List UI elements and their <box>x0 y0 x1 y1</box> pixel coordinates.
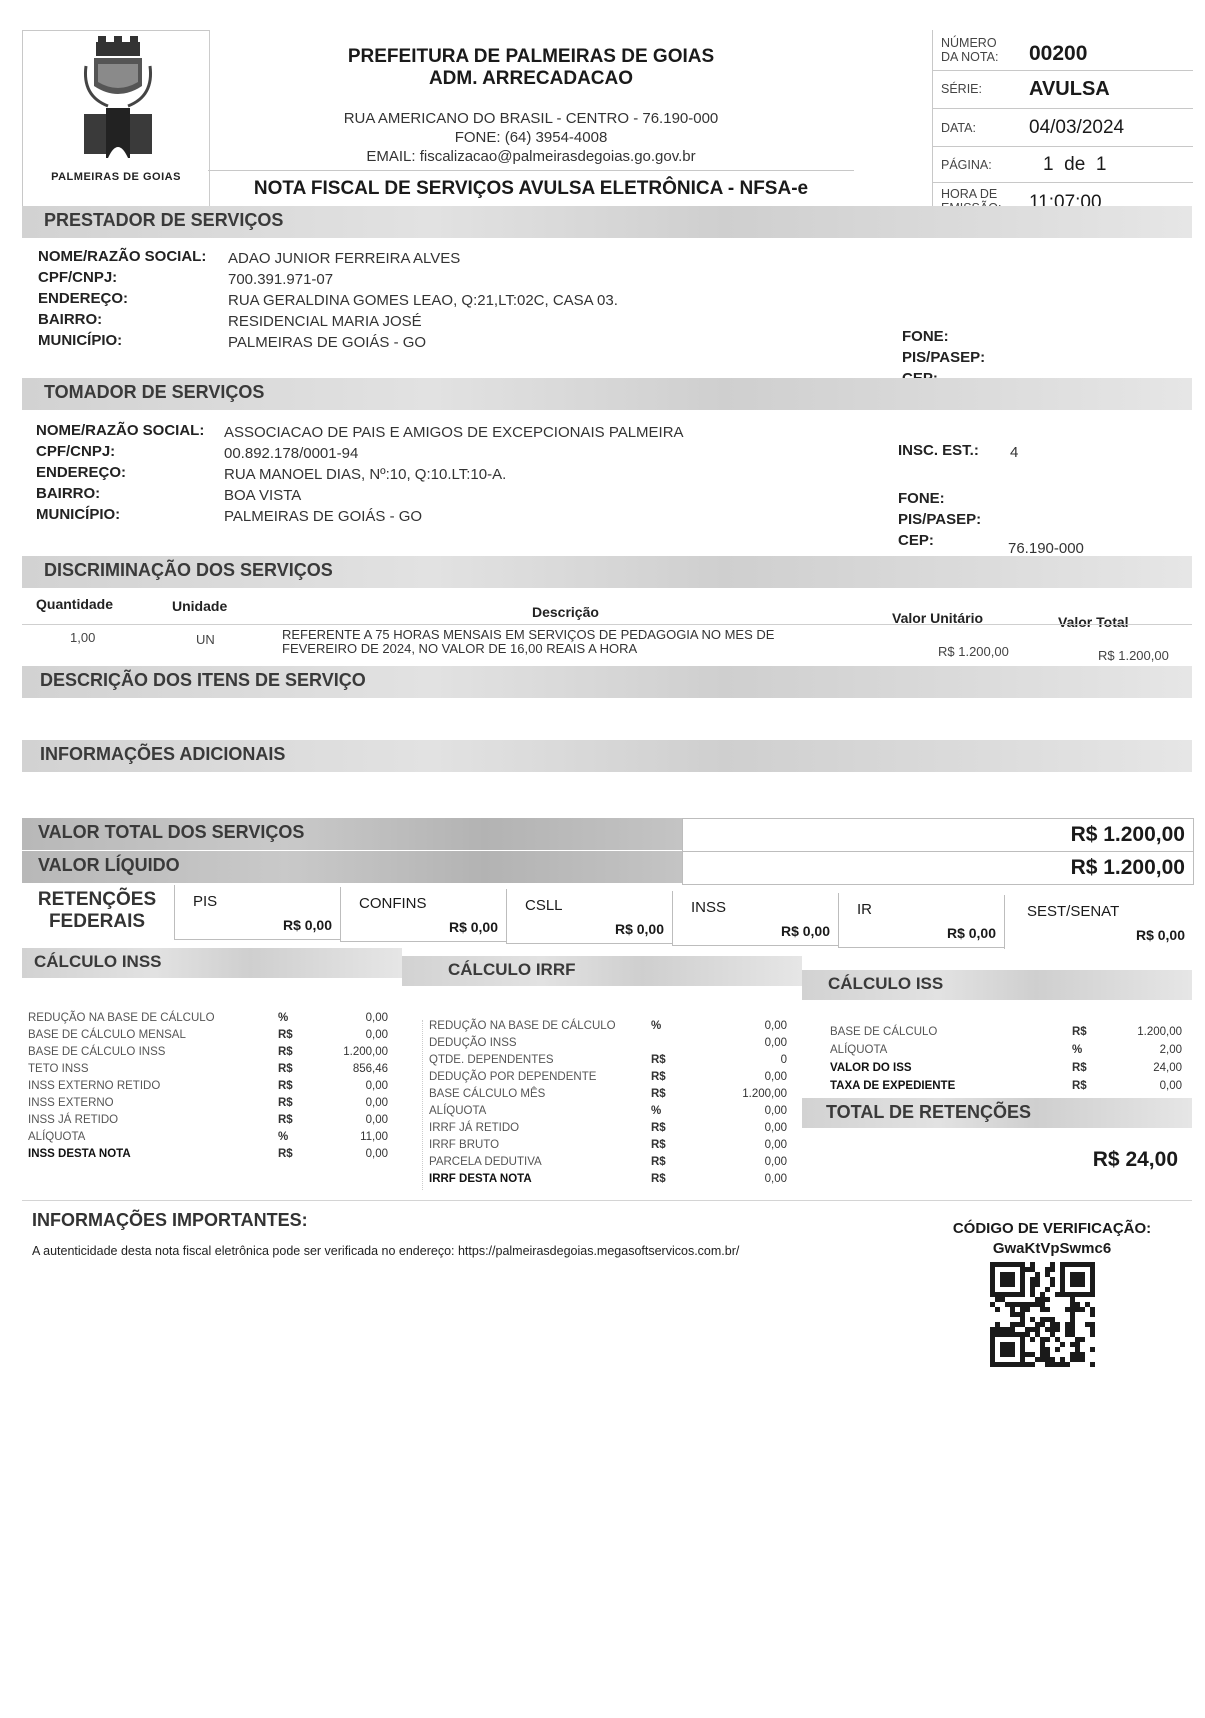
calculo-inss-header: CÁLCULO INSS <box>22 948 402 978</box>
tomador-insc: 4 <box>1010 444 1018 461</box>
servicos-title: DISCRIMINAÇÃO DOS SERVIÇOS <box>44 560 333 581</box>
irrf-row-value: 0,00 <box>765 1037 787 1049</box>
prestador-header: PRESTADOR DE SERVIÇOS <box>22 206 1192 238</box>
header-logo-box: PALMEIRAS DE GOIAS <box>22 30 210 207</box>
inss-row-unit: % <box>278 1012 288 1024</box>
servicos-table: Quantidade Unidade Descrição Valor Unitá… <box>22 590 1192 658</box>
irrf-row-label: ALÍQUOTA <box>429 1105 486 1117</box>
verificacao-code: GwaKtVpSwmc6 <box>932 1240 1172 1257</box>
inss-row-unit: R$ <box>278 1029 293 1041</box>
inss-row: TETO INSSR$856,46 <box>28 1063 388 1080</box>
qr-code-icon <box>990 1262 1095 1367</box>
inss-row: INSS EXTERNO RETIDOR$0,00 <box>28 1080 388 1097</box>
irrf-row: QTDE. DEPENDENTESR$0 <box>423 1054 803 1071</box>
irrf-row-value: 0,00 <box>765 1173 787 1185</box>
tomador-cep-label: CEP: <box>898 530 981 551</box>
inss-row: BASE DE CÁLCULO INSSR$1.200,00 <box>28 1046 388 1063</box>
pagina-label: PÁGINA: <box>941 158 992 172</box>
valor-liquido-value: R$ 1.200,00 <box>1071 856 1185 880</box>
org-address: RUA AMERICANO DO BRASIL - CENTRO - 76.19… <box>208 110 854 127</box>
retencao-csll: CSLL R$ 0,00 <box>506 889 672 944</box>
iss-row-label: ALÍQUOTA <box>830 1044 887 1056</box>
irrf-row-value: 0,00 <box>765 1122 787 1134</box>
col-unidade: Unidade <box>172 598 227 614</box>
inss-row: INSS DESTA NOTAR$0,00 <box>28 1148 388 1165</box>
irrf-row-unit: R$ <box>651 1054 666 1066</box>
inss-row-value: 0,00 <box>366 1097 388 1109</box>
irrf-row: IRRF JÁ RETIDOR$0,00 <box>423 1122 803 1139</box>
serie-label: SÉRIE: <box>941 82 982 96</box>
irrf-row-label: PARCELA DEDUTIVA <box>429 1156 542 1168</box>
retencao-csll-label: CSLL <box>525 897 563 914</box>
retencoes-title-1: RETENÇÕES <box>22 889 172 911</box>
valor-liquido-box: R$ 1.200,00 <box>682 851 1194 885</box>
inss-row-label: TETO INSS <box>28 1063 89 1075</box>
tomador-label-cpf: CPF/CNPJ: <box>36 441 204 462</box>
iss-row: TAXA DE EXPEDIENTER$0,00 <box>822 1080 1182 1098</box>
iss-row-label: BASE DE CÁLCULO <box>830 1026 937 1038</box>
inss-row-value: 11,00 <box>360 1131 388 1143</box>
inss-row-unit: R$ <box>278 1063 293 1075</box>
retencao-confins-label: CONFINS <box>359 895 427 912</box>
calculo-iss-table: BASE DE CÁLCULOR$1.200,00ALÍQUOTA%2,00VA… <box>822 1026 1182 1098</box>
prestador-values: ADAO JUNIOR FERREIRA ALVES 700.391.971-0… <box>228 248 618 353</box>
calculo-irrf-header: CÁLCULO IRRF <box>402 956 802 986</box>
tomador-label-bairro: BAIRRO: <box>36 483 204 504</box>
retencao-ir: IR R$ 0,00 <box>838 893 1004 948</box>
nfsa-document: PALMEIRAS DE GOIAS PREFEITURA DE PALMEIR… <box>22 30 1192 1650</box>
prestador-municipio: PALMEIRAS DE GOIÁS - GO <box>228 332 618 353</box>
inss-row-unit: R$ <box>278 1148 293 1160</box>
retencao-confins: CONFINS R$ 0,00 <box>340 887 506 942</box>
inss-row-unit: % <box>278 1131 288 1143</box>
irrf-row-unit: R$ <box>651 1122 666 1134</box>
irrf-row-unit: % <box>651 1020 661 1032</box>
tomador-cep: 76.190-000 <box>1008 540 1084 557</box>
irrf-row-unit: R$ <box>651 1088 666 1100</box>
tomador-bairro: BOA VISTA <box>224 485 684 506</box>
iss-row-unit: R$ <box>1072 1062 1087 1074</box>
org-name: PREFEITURA DE PALMEIRAS DE GOIAS <box>208 46 854 68</box>
tomador-title: TOMADOR DE SERVIÇOS <box>44 382 264 403</box>
numero-label-2: DA NOTA: <box>941 50 998 64</box>
irrf-row-value: 0,00 <box>765 1156 787 1168</box>
tomador-municipio: PALMEIRAS DE GOIÁS - GO <box>224 506 684 527</box>
nota-info-box: NÚMERO DA NOTA: 00200 SÉRIE: AVULSA DATA… <box>932 30 1193 230</box>
inss-row-value: 0,00 <box>366 1148 388 1160</box>
tomador-labels: NOME/RAZÃO SOCIAL: CPF/CNPJ: ENDEREÇO: B… <box>36 420 204 525</box>
iss-row-value: 1.200,00 <box>1137 1026 1182 1038</box>
inss-row-unit: R$ <box>278 1080 293 1092</box>
col-descricao: Descrição <box>532 604 599 620</box>
calculo-irrf-title: CÁLCULO IRRF <box>448 960 575 980</box>
row-valor-unitario: R$ 1.200,00 <box>938 644 1009 659</box>
tomador-values: ASSOCIACAO DE PAIS E AMIGOS DE EXCEPCION… <box>224 422 684 527</box>
irrf-row-label: IRRF BRUTO <box>429 1139 499 1151</box>
valor-total-label: VALOR TOTAL DOS SERVIÇOS <box>38 822 304 843</box>
tomador-insc-label: INSC. EST.: <box>898 442 979 459</box>
numero-label: NÚMERO <box>941 36 998 50</box>
valor-liquido-row: VALOR LÍQUIDO <box>22 851 682 883</box>
retencao-inss-value: R$ 0,00 <box>781 923 830 939</box>
prestador-cpf: 700.391.971-07 <box>228 269 618 290</box>
inss-row-unit: R$ <box>278 1097 293 1109</box>
irrf-row-label: QTDE. DEPENDENTES <box>429 1054 554 1066</box>
iss-row-label: VALOR DO ISS <box>830 1062 912 1074</box>
irrf-row-label: REDUÇÃO NA BASE DE CÁLCULO <box>429 1020 616 1032</box>
info-adicionais-title: INFORMAÇÕES ADICIONAIS <box>40 744 285 765</box>
inss-row-unit: R$ <box>278 1114 293 1126</box>
inss-row-label: INSS EXTERNO <box>28 1097 114 1109</box>
nota-data: 04/03/2024 <box>1029 117 1124 139</box>
tomador-label-nome: NOME/RAZÃO SOCIAL: <box>36 420 204 441</box>
tomador-label-endereco: ENDEREÇO: <box>36 462 204 483</box>
header-center: PREFEITURA DE PALMEIRAS DE GOIAS ADM. AR… <box>208 30 854 205</box>
inss-row-label: INSS JÁ RETIDO <box>28 1114 118 1126</box>
inss-row-label: REDUÇÃO NA BASE DE CÁLCULO <box>28 1012 215 1024</box>
prestador-label-cpf: CPF/CNPJ: <box>38 267 206 288</box>
prestador-label-endereco: ENDEREÇO: <box>38 288 206 309</box>
row-descricao: REFERENTE A 75 HORAS MENSAIS EM SERVIÇOS… <box>282 628 774 656</box>
municipal-coat-of-arms-icon <box>78 36 158 166</box>
retencoes-federais: RETENÇÕES FEDERAIS PIS R$ 0,00 CONFINS R… <box>22 885 1192 945</box>
irrf-row-unit: R$ <box>651 1156 666 1168</box>
inss-row: REDUÇÃO NA BASE DE CÁLCULO%0,00 <box>28 1012 388 1029</box>
irrf-row-label: IRRF JÁ RETIDO <box>429 1122 519 1134</box>
retencao-ir-label: IR <box>857 901 872 918</box>
tomador-cpf: 00.892.178/0001-94 <box>224 443 684 464</box>
iss-row-value: 2,00 <box>1160 1044 1182 1056</box>
inss-row: INSS EXTERNOR$0,00 <box>28 1097 388 1114</box>
prestador-endereco: RUA GERALDINA GOMES LEAO, Q:21,LT:02C, C… <box>228 290 618 311</box>
logo-text: PALMEIRAS DE GOIAS <box>23 171 209 183</box>
col-valor-total: Valor Total <box>1058 614 1129 630</box>
prestador-fone-label: FONE: <box>902 326 985 347</box>
info-importantes-text: A autenticidade desta nota fiscal eletrô… <box>32 1244 912 1258</box>
row-descricao-line1: REFERENTE A 75 HORAS MENSAIS EM SERVIÇOS… <box>282 628 774 642</box>
tomador-extra: FONE: PIS/PASEP: CEP: <box>898 488 981 551</box>
calculo-iss-title: CÁLCULO ISS <box>828 974 943 994</box>
servicos-header: DISCRIMINAÇÃO DOS SERVIÇOS <box>22 556 1192 588</box>
itens-servico-header: DESCRIÇÃO DOS ITENS DE SERVIÇO <box>22 666 1192 698</box>
irrf-row-value: 0,00 <box>765 1139 787 1151</box>
irrf-row-value: 0 <box>781 1054 787 1066</box>
valor-liquido-label: VALOR LÍQUIDO <box>38 855 180 876</box>
total-retencoes-header: TOTAL DE RETENÇÕES <box>802 1098 1192 1128</box>
irrf-row-unit: R$ <box>651 1139 666 1151</box>
tomador-label-municipio: MUNICÍPIO: <box>36 504 204 525</box>
inss-row-value: 0,00 <box>366 1080 388 1092</box>
inss-row-value: 0,00 <box>366 1012 388 1024</box>
verificacao-label: CÓDIGO DE VERIFICAÇÃO: <box>932 1220 1172 1237</box>
inss-row-value: 1.200,00 <box>343 1046 388 1058</box>
row-descricao-line2: FEVEREIRO DE 2024, NO VALOR DE 16,00 REA… <box>282 642 774 656</box>
calculo-inss-table: REDUÇÃO NA BASE DE CÁLCULO%0,00BASE DE C… <box>28 1012 388 1165</box>
iss-row: ALÍQUOTA%2,00 <box>822 1044 1182 1062</box>
tomador-nome: ASSOCIACAO DE PAIS E AMIGOS DE EXCEPCION… <box>224 422 684 443</box>
prestador-label-nome: NOME/RAZÃO SOCIAL: <box>38 246 206 267</box>
irrf-row: BASE CÁLCULO MÊSR$1.200,00 <box>423 1088 803 1105</box>
data-label: DATA: <box>941 121 976 135</box>
retencao-pis: PIS R$ 0,00 <box>174 885 340 940</box>
irrf-row-label: DEDUÇÃO POR DEPENDENTE <box>429 1071 596 1083</box>
prestador-label-municipio: MUNICÍPIO: <box>38 330 206 351</box>
irrf-row: PARCELA DEDUTIVAR$0,00 <box>423 1156 803 1173</box>
tomador-pis-label: PIS/PASEP: <box>898 509 981 530</box>
calculo-iss-header: CÁLCULO ISS <box>802 970 1192 1000</box>
irrf-row: REDUÇÃO NA BASE DE CÁLCULO%0,00 <box>423 1020 803 1037</box>
total-retencoes-value: R$ 24,00 <box>1093 1148 1178 1172</box>
inss-row-label: INSS DESTA NOTA <box>28 1148 131 1160</box>
retencao-csll-value: R$ 0,00 <box>615 921 664 937</box>
inss-row-value: 856,46 <box>353 1063 388 1075</box>
inss-row: BASE DE CÁLCULO MENSALR$0,00 <box>28 1029 388 1046</box>
prestador-title: PRESTADOR DE SERVIÇOS <box>44 210 283 231</box>
row-unidade: UN <box>196 632 215 647</box>
total-retencoes-title: TOTAL DE RETENÇÕES <box>826 1102 1031 1123</box>
tomador-endereco: RUA MANOEL DIAS, Nº:10, Q:10.LT:10-A. <box>224 464 684 485</box>
inss-row-label: BASE DE CÁLCULO MENSAL <box>28 1029 186 1041</box>
valor-total-value: R$ 1.200,00 <box>1071 823 1185 847</box>
retencao-ir-value: R$ 0,00 <box>947 925 996 941</box>
irrf-row-value: 0,00 <box>765 1105 787 1117</box>
iss-row-label: TAXA DE EXPEDIENTE <box>830 1080 955 1092</box>
irrf-row: DEDUÇÃO POR DEPENDENTER$0,00 <box>423 1071 803 1088</box>
document-title: NOTA FISCAL DE SERVIÇOS AVULSA ELETRÔNIC… <box>208 178 854 200</box>
prestador-labels: NOME/RAZÃO SOCIAL: CPF/CNPJ: ENDEREÇO: B… <box>38 246 206 351</box>
irrf-row: IRRF BRUTOR$0,00 <box>423 1139 803 1156</box>
irrf-row-value: 0,00 <box>765 1020 787 1032</box>
retencoes-title: RETENÇÕES FEDERAIS <box>22 889 172 933</box>
valor-total-box: R$ 1.200,00 <box>682 818 1194 852</box>
info-adicionais-header: INFORMAÇÕES ADICIONAIS <box>22 740 1192 772</box>
prestador-bairro: RESIDENCIAL MARIA JOSÉ <box>228 311 618 332</box>
valor-total-row: VALOR TOTAL DOS SERVIÇOS <box>22 818 682 850</box>
calculo-inss-title: CÁLCULO INSS <box>34 952 162 972</box>
org-dept: ADM. ARRECADACAO <box>208 68 854 90</box>
col-quantidade: Quantidade <box>36 596 113 612</box>
iss-row-unit: % <box>1072 1044 1082 1056</box>
inss-row: ALÍQUOTA%11,00 <box>28 1131 388 1148</box>
tomador-fone-label: FONE: <box>898 488 981 509</box>
row-quantidade: 1,00 <box>70 630 95 645</box>
irrf-row: IRRF DESTA NOTAR$0,00 <box>423 1173 803 1190</box>
org-email: EMAIL: fiscalizacao@palmeirasdegoias.go.… <box>208 148 854 165</box>
iss-row-value: 0,00 <box>1160 1080 1182 1092</box>
retencoes-title-2: FEDERAIS <box>22 911 172 933</box>
irrf-row-label: IRRF DESTA NOTA <box>429 1173 532 1185</box>
info-importantes-title: INFORMAÇÕES IMPORTANTES: <box>32 1210 308 1231</box>
irrf-row-unit: % <box>651 1105 661 1117</box>
itens-servico-title: DESCRIÇÃO DOS ITENS DE SERVIÇO <box>40 670 366 691</box>
iss-row-unit: R$ <box>1072 1080 1087 1092</box>
inss-row-label: INSS EXTERNO RETIDO <box>28 1080 160 1092</box>
prestador-pis-label: PIS/PASEP: <box>902 347 985 368</box>
nota-pagina: 1 de 1 <box>1043 154 1106 176</box>
iss-row: VALOR DO ISSR$24,00 <box>822 1062 1182 1080</box>
iss-row: BASE DE CÁLCULOR$1.200,00 <box>822 1026 1182 1044</box>
hora-label: HORA DE <box>941 187 1001 201</box>
irrf-row: DEDUÇÃO INSS0,00 <box>423 1037 803 1054</box>
nota-numero: 00200 <box>1029 42 1087 66</box>
irrf-row-label: DEDUÇÃO INSS <box>429 1037 517 1049</box>
irrf-row-label: BASE CÁLCULO MÊS <box>429 1088 545 1100</box>
retencao-inss-label: INSS <box>691 899 726 916</box>
row-valor-total: R$ 1.200,00 <box>1098 648 1169 663</box>
retencao-sest-value: R$ 0,00 <box>1136 927 1185 943</box>
retencao-sest-label: SEST/SENAT <box>1027 903 1119 920</box>
irrf-row-value: 0,00 <box>765 1071 787 1083</box>
tomador-header: TOMADOR DE SERVIÇOS <box>22 378 1192 410</box>
inss-row-value: 0,00 <box>366 1114 388 1126</box>
iss-row-unit: R$ <box>1072 1026 1087 1038</box>
iss-row-value: 24,00 <box>1153 1062 1182 1074</box>
irrf-row-unit: R$ <box>651 1173 666 1185</box>
irrf-row: ALÍQUOTA%0,00 <box>423 1105 803 1122</box>
retencao-confins-value: R$ 0,00 <box>449 919 498 935</box>
prestador-label-bairro: BAIRRO: <box>38 309 206 330</box>
org-phone: FONE: (64) 3954-4008 <box>208 129 854 146</box>
calculo-irrf-table: REDUÇÃO NA BASE DE CÁLCULO%0,00DEDUÇÃO I… <box>422 1020 803 1190</box>
inss-row: INSS JÁ RETIDOR$0,00 <box>28 1114 388 1131</box>
retencao-pis-value: R$ 0,00 <box>283 917 332 933</box>
nota-serie: AVULSA <box>1029 78 1110 101</box>
inss-row-unit: R$ <box>278 1046 293 1058</box>
retencao-sest-senat: SEST/SENAT R$ 0,00 <box>1004 895 1193 949</box>
retencao-inss: INSS R$ 0,00 <box>672 891 838 946</box>
prestador-nome: ADAO JUNIOR FERREIRA ALVES <box>228 248 618 269</box>
retencao-pis-label: PIS <box>193 893 217 910</box>
inss-row-value: 0,00 <box>366 1029 388 1041</box>
irrf-row-value: 1.200,00 <box>742 1088 787 1100</box>
irrf-row-unit: R$ <box>651 1071 666 1083</box>
inss-row-label: BASE DE CÁLCULO INSS <box>28 1046 165 1058</box>
inss-row-label: ALÍQUOTA <box>28 1131 85 1143</box>
